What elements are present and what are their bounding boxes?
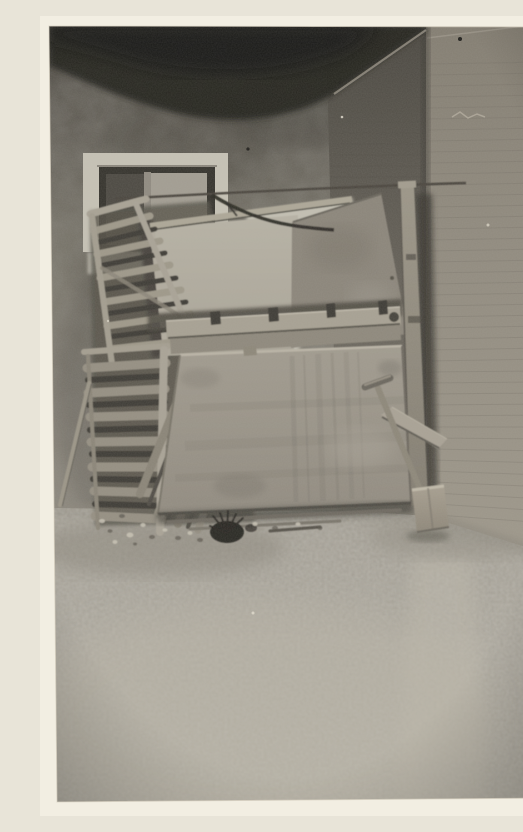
photograph: [40, 16, 523, 816]
vignette: [49, 25, 523, 803]
photo-scan: Faded black-and-white photograph of wood…: [40, 16, 523, 816]
